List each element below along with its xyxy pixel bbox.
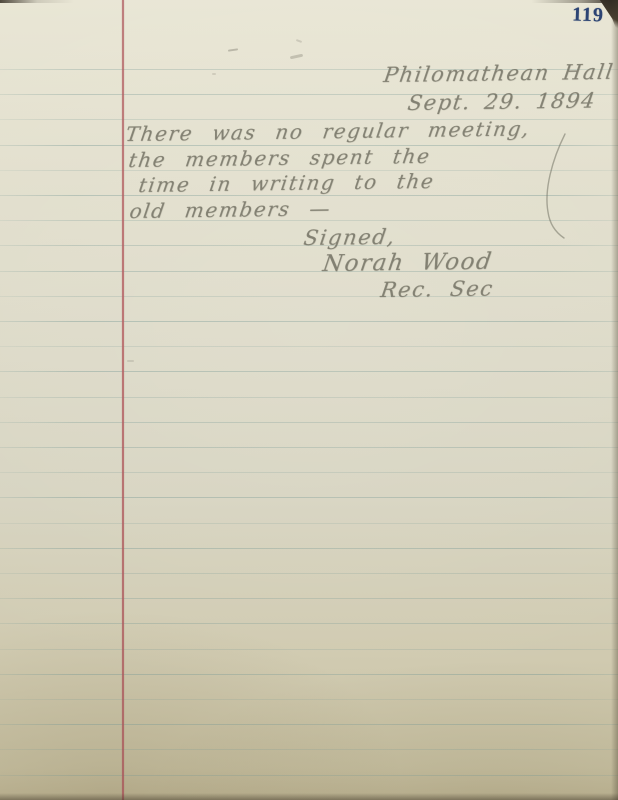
ruled-line xyxy=(0,296,618,297)
ruled-line xyxy=(0,598,618,599)
entry-line-3: time in writing to the xyxy=(137,169,436,197)
ruled-line xyxy=(0,649,618,650)
pencil-smudge xyxy=(296,39,302,43)
ruled-line xyxy=(0,271,618,272)
ruled-line xyxy=(0,371,618,372)
ruled-line xyxy=(0,397,618,398)
pencil-smudge xyxy=(127,360,134,362)
ruled-line xyxy=(0,447,618,448)
ruled-line xyxy=(0,724,618,725)
ruled-line xyxy=(0,749,618,750)
ruled-line xyxy=(0,321,618,322)
heading-date: Sept. 29. 1894 xyxy=(406,88,598,115)
pencil-smudge xyxy=(212,73,216,75)
pencil-smudge xyxy=(228,48,238,51)
signature-name: Norah Wood xyxy=(321,249,494,277)
entry-line-2: the members spent the xyxy=(127,144,432,172)
ruled-line xyxy=(0,699,618,700)
scan-top-edge xyxy=(0,0,618,3)
page-edge-shadow-right xyxy=(611,0,618,800)
entry-line-1: There was no regular meeting, xyxy=(124,116,532,146)
ruled-line xyxy=(0,573,618,574)
ruled-line xyxy=(0,346,618,347)
page-edge-shadow-bottom xyxy=(0,793,618,800)
ledger-page-scan: 119 Philomathean Hall Sept. 29. 1894 The… xyxy=(0,0,618,800)
stray-pencil-stroke xyxy=(538,132,572,240)
ruled-line xyxy=(0,497,618,498)
page-number: 119 xyxy=(572,3,605,27)
entry-line-4: old members — xyxy=(128,196,333,223)
red-margin-line xyxy=(122,0,124,800)
ruled-line xyxy=(0,674,618,675)
ruled-line xyxy=(0,548,618,549)
ruled-line xyxy=(0,523,618,524)
signed-label: Signed, xyxy=(302,225,397,250)
ruled-line xyxy=(0,422,618,423)
pencil-smudge xyxy=(290,54,303,60)
ruled-line xyxy=(0,472,618,473)
heading-location: Philomathean Hall xyxy=(382,60,616,87)
ruled-line xyxy=(0,775,618,776)
signature-title: Rec. Sec xyxy=(379,276,495,302)
ruled-line xyxy=(0,623,618,624)
